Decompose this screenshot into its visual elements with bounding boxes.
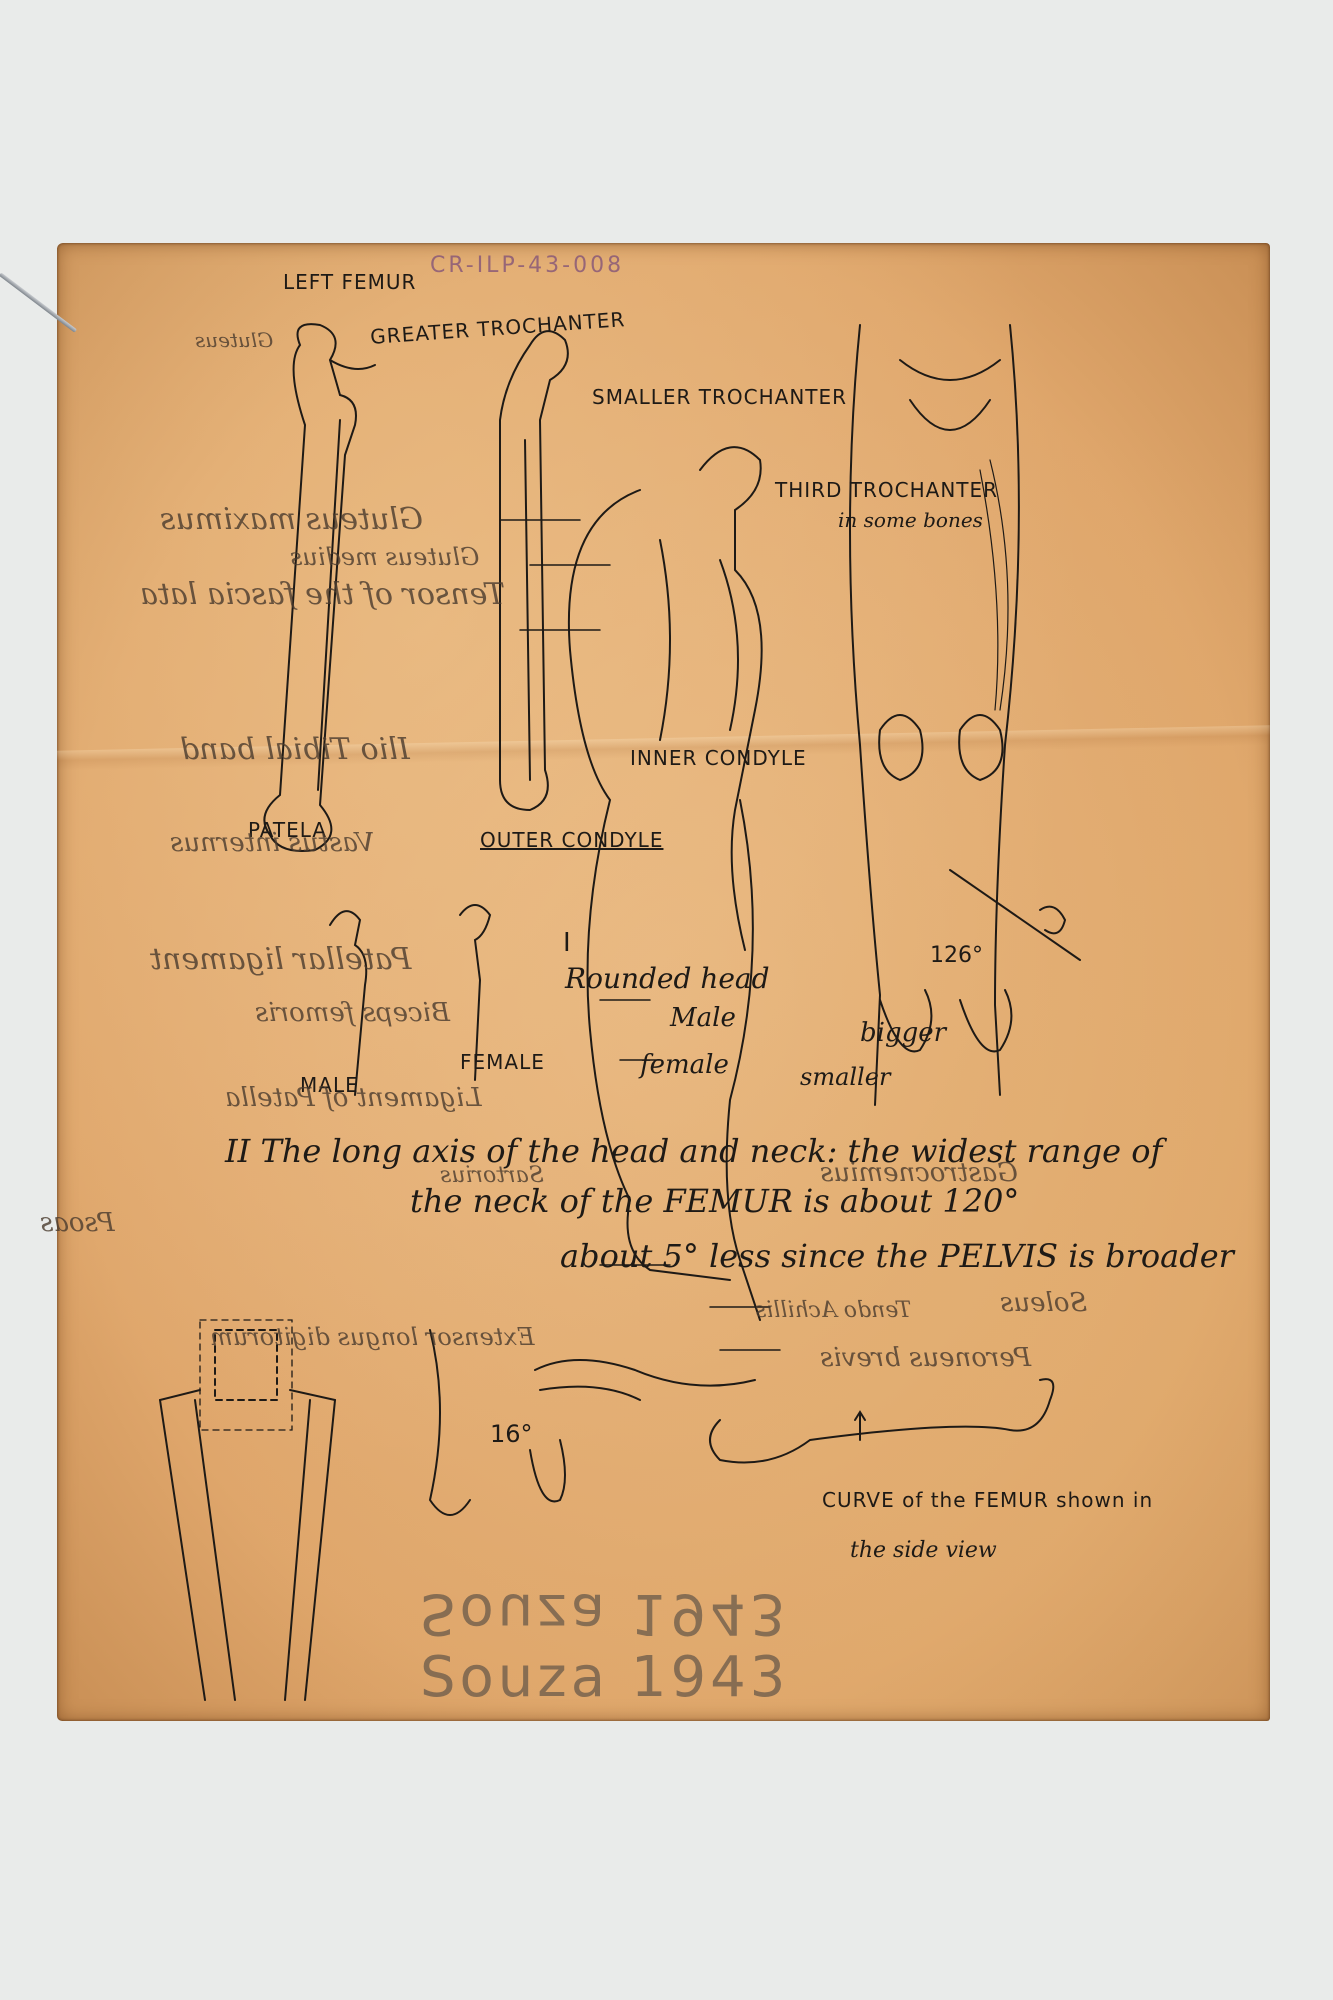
mirror-vastus: Vastus internus (170, 830, 374, 856)
label-outer-condyle: OUTER CONDYLE (480, 830, 663, 850)
signature: Souza 1943 (420, 1650, 789, 1706)
mirror-peroneus: Peroneus brevis (820, 1345, 1031, 1371)
mirror-gluteus-maximus: Gluteus maximus (160, 505, 423, 535)
label-angle-126: 126° (930, 945, 983, 967)
mirror-soleus: Soleus (1000, 1290, 1087, 1316)
mirror-ligament-patella: Ligament of Patella (225, 1085, 482, 1111)
label-female: FEMALE (460, 1052, 545, 1072)
legs-front-view-sketch (850, 325, 1080, 1105)
mirror-gluteus-medius: Gluteus medius (290, 545, 479, 569)
mirror-ilio-tibial: Ilio Tibial band (180, 735, 410, 765)
mirror-biceps: Biceps femoris (255, 1000, 450, 1026)
label-bigger: bigger (860, 1020, 946, 1046)
note-line-1: II The long axis of the head and neck: t… (225, 1135, 1162, 1167)
label-female-script: female (640, 1052, 729, 1078)
label-rounded-head: Rounded head (565, 965, 770, 993)
label-male-script: Male (670, 1005, 736, 1031)
label-third-trochanter-note: in some bones (838, 510, 983, 530)
label-third-trochanter: THIRD TROCHANTER (775, 480, 998, 500)
mirror-gastrocnemius: Gastrocnemius (820, 1160, 1018, 1186)
mirror-tensor: Tensor of the fascia lata (140, 580, 505, 610)
label-smaller-trochanter: SMALLER TROCHANTER (592, 387, 847, 407)
label-left-femur: LEFT FEMUR (283, 272, 416, 292)
note-line-2: the neck of the FEMUR is about 120° (410, 1185, 1019, 1217)
label-inner-condyle: INNER CONDYLE (630, 748, 807, 768)
curve-note-line-1: CURVE of the FEMUR shown in (822, 1490, 1153, 1510)
mirror-gluteus-small: Gluteus (195, 330, 273, 350)
note-line-3: about 5° less since the PELVIS is broade… (560, 1240, 1234, 1272)
signature-mirrored: Souza 1943 (420, 1585, 789, 1641)
accession-number: CR-ILP-43-008 (430, 255, 624, 277)
curve-note-line-2: the side view (850, 1540, 997, 1562)
mirror-ligament: Patellar ligament (150, 945, 411, 975)
mirror-sartorius: Sartorius (440, 1165, 544, 1187)
mirror-tendo-achillis: Tendo Achillis (755, 1300, 911, 1322)
mirror-extensor: Extensor longus digitorum (210, 1325, 534, 1349)
label-smaller: smaller (800, 1065, 890, 1089)
femur-curve-sketch (710, 1379, 1053, 1462)
pelvis-diagram-sketch (160, 1320, 335, 1700)
foot-side-view-sketch (430, 1330, 755, 1515)
femur-side-sketch (500, 331, 568, 810)
label-angle-16: 16° (490, 1422, 533, 1446)
label-roman-one: I (563, 930, 572, 956)
mirror-psoas: Psoas (40, 1210, 115, 1236)
